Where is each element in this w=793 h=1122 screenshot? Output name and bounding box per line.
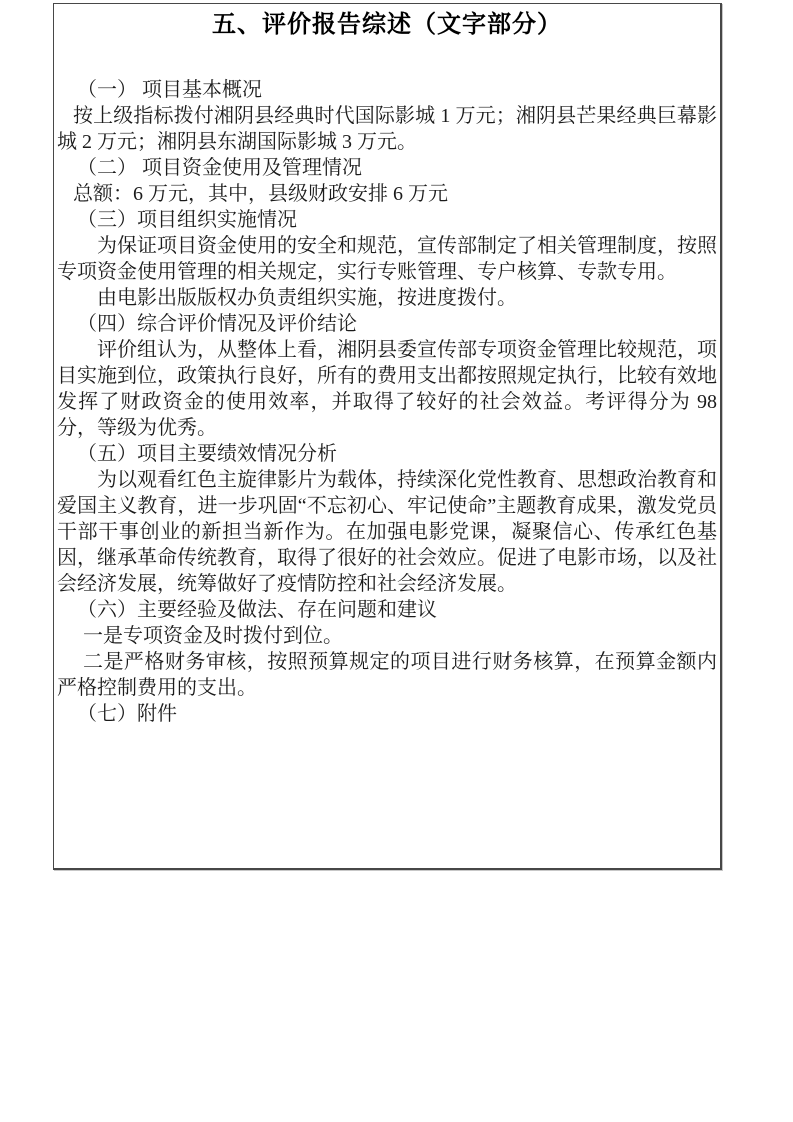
report-paragraph: 按上级指标拨付湘阴县经典时代国际影城 1 万元；湘阴县芒果经典巨幕影城 2 万元… xyxy=(57,103,717,155)
section-heading: （七）附件 xyxy=(57,701,717,727)
report-paragraph: 由电影出版版权办负责组织实施，按进度拨付。 xyxy=(57,285,717,311)
page-title: 五、评价报告综述（文字部分） xyxy=(57,9,717,41)
report-paragraph: 为以观看红色主旋律影片为载体，持续深化党性教育、思想政治教育和爱国主义教育，进一… xyxy=(57,467,717,597)
section-heading: （五）项目主要绩效情况分析 xyxy=(57,441,717,467)
report-paragraph: 二是严格财务审核，按照预算规定的项目进行财务核算，在预算金额内严格控制费用的支出… xyxy=(57,649,717,701)
report-paragraph: 评价组认为，从整体上看，湘阴县委宣传部专项资金管理比较规范，项目实施到位，政策执… xyxy=(57,337,717,441)
report-paragraph: 一是专项资金及时拨付到位。 xyxy=(57,623,717,649)
section-heading: （三）项目组织实施情况 xyxy=(57,207,717,233)
report-paragraphs: （一） 项目基本概况按上级指标拨付湘阴县经典时代国际影城 1 万元；湘阴县芒果经… xyxy=(57,77,717,727)
section-heading: （四）综合评价情况及评价结论 xyxy=(57,311,717,337)
report-border-box: 五、评价报告综述（文字部分） （一） 项目基本概况按上级指标拨付湘阴县经典时代国… xyxy=(53,3,722,870)
section-heading: （二） 项目资金使用及管理情况 xyxy=(57,155,717,181)
report-paragraph: 总额：6 万元，其中，县级财政安排 6 万元 xyxy=(57,181,717,207)
section-heading: （一） 项目基本概况 xyxy=(57,77,717,103)
report-paragraph: 为保证项目资金使用的安全和规范，宣传部制定了相关管理制度，按照专项资金使用管理的… xyxy=(57,233,717,285)
section-heading: （六）主要经验及做法、存在问题和建议 xyxy=(57,597,717,623)
